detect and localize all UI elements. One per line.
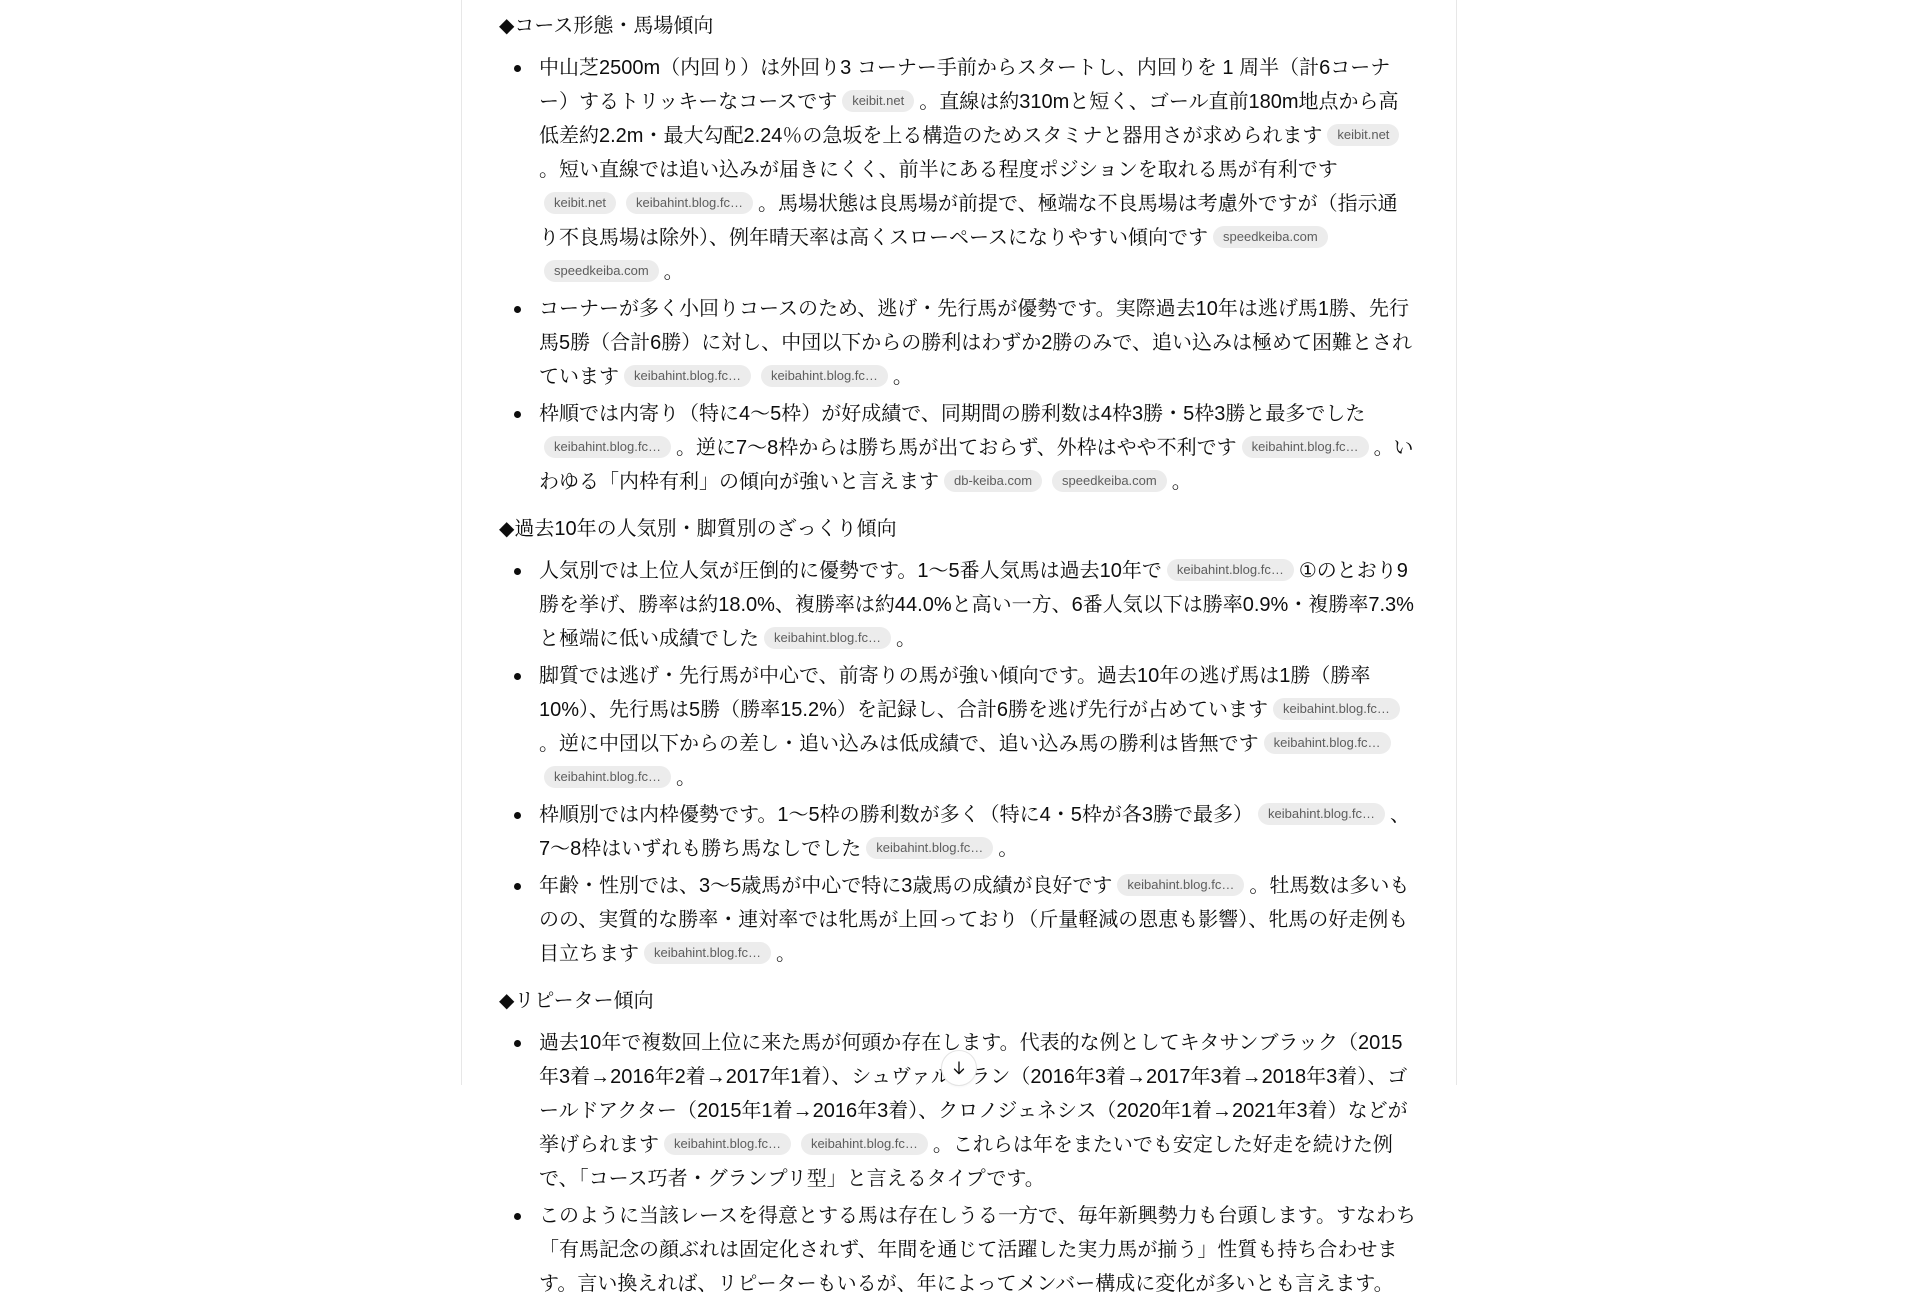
- section-heading: ◆リピーター傾向: [499, 984, 1417, 1018]
- citation-badge[interactable]: keibit.net: [842, 90, 914, 112]
- body-text: 。短い直線では追い込みが届きにくく、前半にある程度ポジションを取れる馬が有利です: [539, 159, 1338, 181]
- bullet-marker-icon: [514, 673, 521, 680]
- body-text: 年齢・性別では、3〜5歳馬が中心で特に3歳馬の成績が良好です: [539, 875, 1112, 897]
- body-text: 。逆に7〜8枠からは勝ち馬が出ておらず、外枠はやや不利です: [676, 437, 1237, 459]
- citation-badge[interactable]: keibahint.blog.fc…: [764, 627, 891, 649]
- citation-badge[interactable]: keibahint.blog.fc…: [544, 766, 671, 788]
- chat-message-panel: ◆コース形態・馬場傾向中山芝2500m（内回り）は外回り3 コーナー手前からスタ…: [461, 0, 1457, 1085]
- citation-badge[interactable]: keibahint.blog.fc…: [1167, 559, 1294, 581]
- list-item: 枠順では内寄り（特に4〜5枠）が好成績で、同期間の勝利数は4枠3勝・5枠3勝と最…: [539, 397, 1417, 499]
- body-text: 。: [1172, 471, 1192, 493]
- list-item: コーナーが多く小回りコースのため、逃げ・先行馬が優勢です。実際過去10年は逃げ馬…: [539, 292, 1417, 394]
- citation-badge[interactable]: db-keiba.com: [944, 470, 1042, 492]
- bullet-marker-icon: [514, 306, 521, 313]
- citation-badge[interactable]: speedkeiba.com: [544, 260, 659, 282]
- bullet-marker-icon: [514, 411, 521, 418]
- body-text: 枠順では内寄り（特に4〜5枠）が好成績で、同期間の勝利数は4枠3勝・5枠3勝と最…: [539, 403, 1365, 425]
- citation-badge[interactable]: keibahint.blog.fc…: [544, 436, 671, 458]
- citation-badge[interactable]: keibahint.blog.fc…: [761, 365, 888, 387]
- bullet-marker-icon: [514, 1040, 521, 1047]
- citation-badge[interactable]: keibit.net: [1327, 124, 1399, 146]
- body-text: 。逆に中団以下からの差し・追い込みは低成績で、追い込み馬の勝利は皆無です: [539, 733, 1259, 755]
- section-heading: ◆コース形態・馬場傾向: [499, 9, 1417, 43]
- bullet-marker-icon: [514, 568, 521, 575]
- body-text: 枠順別では内枠優勢です。1〜5枠の勝利数が多く（特に4・5枠が各3勝で最多）: [539, 804, 1253, 826]
- body-text: 。: [676, 767, 696, 789]
- section-heading: ◆過去10年の人気別・脚質別のざっくり傾向: [499, 512, 1417, 546]
- bullet-marker-icon: [514, 65, 521, 72]
- citation-badge[interactable]: speedkeiba.com: [1213, 226, 1328, 248]
- bullet-marker-icon: [514, 812, 521, 819]
- body-text: 。: [776, 943, 796, 965]
- scroll-to-bottom-button[interactable]: [941, 1050, 977, 1085]
- body-text: 。: [998, 838, 1018, 860]
- citation-badge[interactable]: keibahint.blog.fc…: [626, 192, 753, 214]
- citation-badge[interactable]: keibahint.blog.fc…: [644, 942, 771, 964]
- body-text: 。: [896, 628, 916, 650]
- body-text: 。: [893, 366, 913, 388]
- citation-badge[interactable]: keibahint.blog.fc…: [1117, 874, 1244, 896]
- bullet-marker-icon: [514, 883, 521, 890]
- citation-badge[interactable]: keibahint.blog.fc…: [1273, 698, 1400, 720]
- list-item: 脚質では逃げ・先行馬が中心で、前寄りの馬が強い傾向です。過去10年の逃げ馬は1勝…: [539, 659, 1417, 795]
- citation-badge[interactable]: keibahint.blog.fc…: [1258, 803, 1385, 825]
- list-item: 中山芝2500m（内回り）は外回り3 コーナー手前からスタートし、内回りを 1 …: [539, 51, 1417, 289]
- list-item: 枠順別では内枠優勢です。1〜5枠の勝利数が多く（特に4・5枠が各3勝で最多）ke…: [539, 798, 1417, 866]
- message-content: ◆コース形態・馬場傾向中山芝2500m（内回り）は外回り3 コーナー手前からスタ…: [499, 9, 1417, 1085]
- list-item: 年齢・性別では、3〜5歳馬が中心で特に3歳馬の成績が良好ですkeibahint.…: [539, 869, 1417, 971]
- citation-badge[interactable]: keibit.net: [544, 192, 616, 214]
- body-text: 。: [664, 261, 684, 283]
- citation-badge[interactable]: keibahint.blog.fc…: [1264, 732, 1391, 754]
- citation-badge[interactable]: keibahint.blog.fc…: [1242, 436, 1369, 458]
- body-text: 脚質では逃げ・先行馬が中心で、前寄りの馬が強い傾向です。過去10年の逃げ馬は1勝…: [539, 665, 1370, 721]
- citation-badge[interactable]: keibahint.blog.fc…: [866, 837, 993, 859]
- body-text: 人気別では上位人気が圧倒的に優勢です。1〜5番人気馬は過去10年で: [539, 560, 1162, 582]
- bullet-list: 人気別では上位人気が圧倒的に優勢です。1〜5番人気馬は過去10年でkeibahi…: [499, 554, 1417, 971]
- list-item: 過去10年で複数回上位に来た馬が何頭か存在します。代表的な例としてキタサンブラッ…: [539, 1026, 1417, 1085]
- list-item: 人気別では上位人気が圧倒的に優勢です。1〜5番人気馬は過去10年でkeibahi…: [539, 554, 1417, 656]
- citation-badge[interactable]: speedkeiba.com: [1052, 470, 1167, 492]
- bullet-list: 中山芝2500m（内回り）は外回り3 コーナー手前からスタートし、内回りを 1 …: [499, 51, 1417, 499]
- citation-badge[interactable]: keibahint.blog.fc…: [624, 365, 751, 387]
- arrow-down-icon: [950, 1059, 968, 1077]
